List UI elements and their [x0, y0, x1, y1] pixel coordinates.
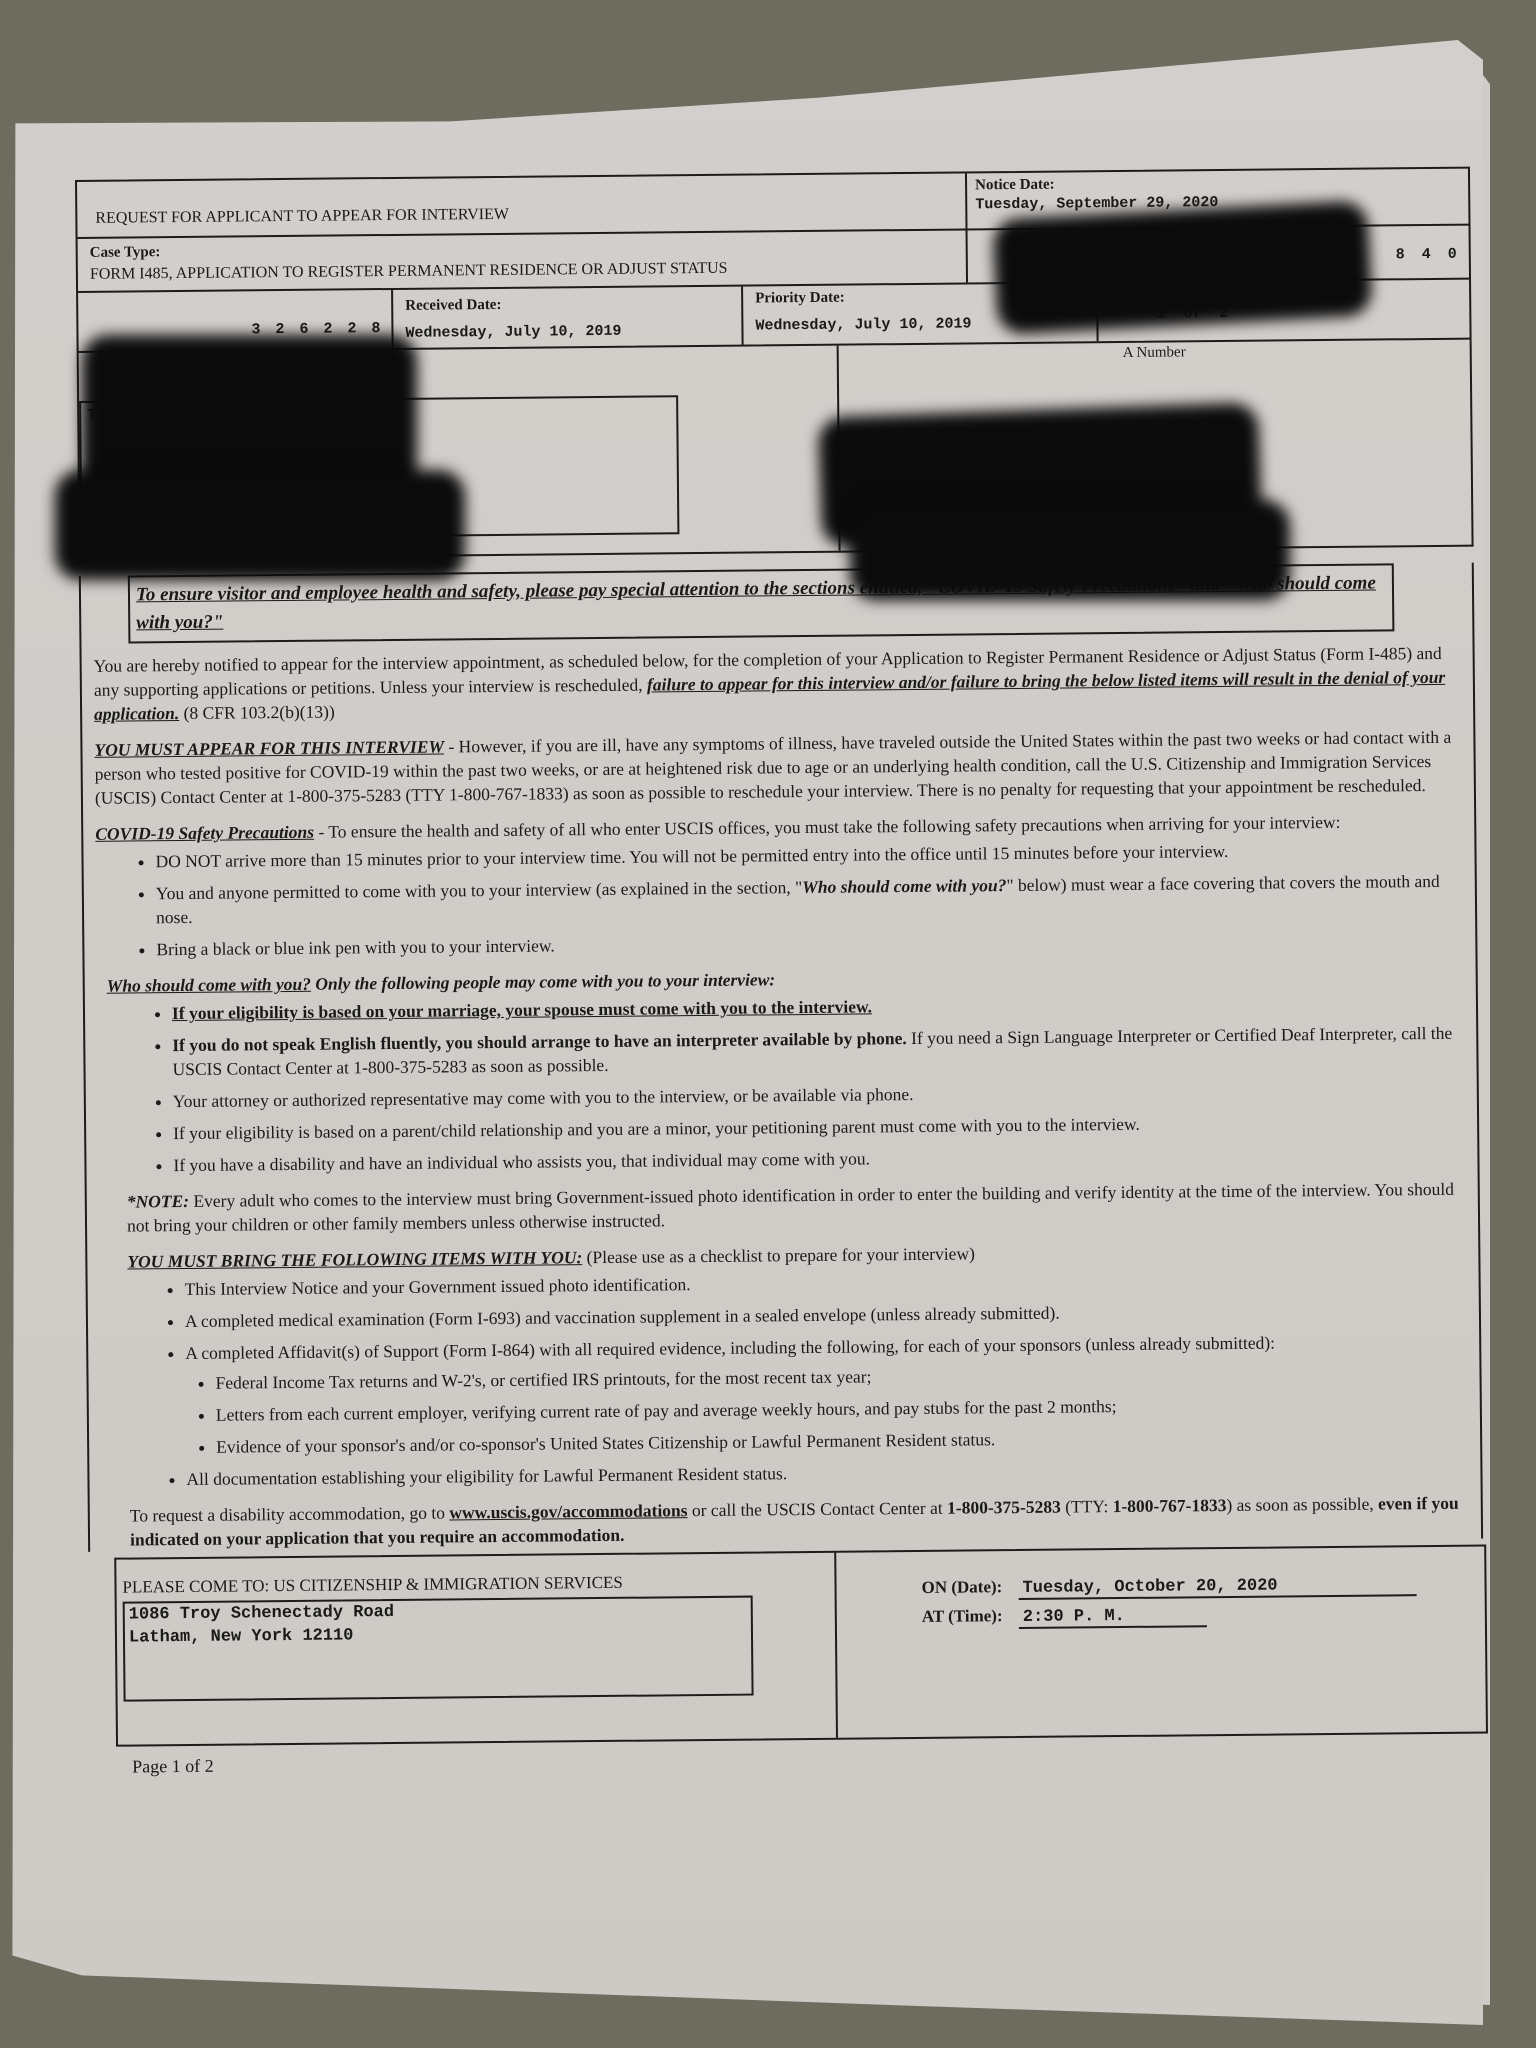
appointment-date-label: ON (Date): [921, 1577, 1002, 1597]
who-list: If your eligibility is based on your mar… [97, 989, 1460, 1178]
received-date-label: Received Date: [405, 295, 729, 315]
must-appear-heading: YOU MUST APPEAR FOR THIS INTERVIEW [94, 736, 444, 759]
list-item: Your attorney or authorized representati… [173, 1077, 1459, 1113]
tty-phone: 1-800-767-1833 [1113, 1495, 1227, 1516]
list-item: You and anyone permitted to come with yo… [156, 869, 1457, 929]
redaction-mark [850, 500, 1290, 600]
note-text: Every adult who comes to the interview m… [127, 1179, 1454, 1236]
appointment-date-row: ON (Date): Tuesday, October 20, 2020 [921, 1573, 1484, 1601]
intro-citation: (8 CFR 103.2(b)(13)) [179, 702, 335, 723]
redaction-mark [55, 470, 465, 580]
bring-subheading: (Please use as a checklist to prepare fo… [582, 1243, 975, 1267]
note-label: *NOTE: [127, 1191, 189, 1212]
office-address-line2: Latham, New York 12110 [129, 1623, 747, 1648]
received-date-value: Wednesday, July 10, 2019 [405, 322, 729, 342]
must-appear-paragraph: YOU MUST APPEAR FOR THIS INTERVIEW - How… [94, 725, 1456, 810]
appointment-time-value: 2:30 P. M. [1019, 1606, 1207, 1629]
covid-heading: COVID-19 Safety Precautions [95, 822, 314, 844]
intro-paragraph: You are hereby notified to appear for th… [94, 641, 1456, 726]
sponsor-evidence-list: Federal Income Tax returns and W-2's, or… [185, 1359, 1462, 1459]
list-item: A completed Affidavit(s) of Support (For… [185, 1329, 1462, 1459]
list-item: If you do not speak English fluently, yo… [172, 1021, 1458, 1081]
list-item: Federal Income Tax returns and W-2's, or… [215, 1359, 1461, 1395]
bring-heading: YOU MUST BRING THE FOLLOWING ITEMS WITH … [127, 1247, 582, 1271]
appointment-time-row: AT (Time): 2:30 P. M. [922, 1602, 1485, 1630]
notice-title: REQUEST FOR APPLICANT TO APPEAR FOR INTE… [95, 206, 509, 227]
list-item: Bring a black or blue ink pen with you t… [156, 925, 1457, 961]
note-paragraph: *NOTE: Every adult who comes to the inte… [99, 1177, 1460, 1238]
come-to-label: PLEASE COME TO: US CITIZENSHIP & IMMIGRA… [122, 1571, 834, 1598]
list-item: A completed medical examination (Form I-… [185, 1297, 1461, 1333]
list-item: If you have a disability and have an ind… [173, 1141, 1459, 1177]
notice-body: To ensure visitor and employee health an… [79, 563, 1483, 1552]
accommodation-paragraph: To request a disability accommodation, g… [102, 1491, 1463, 1552]
list-item: Letters from each current employer, veri… [216, 1391, 1462, 1427]
a-number-label: A Number [839, 342, 1470, 365]
appointment-block: PLEASE COME TO: US CITIZENSHIP & IMMIGRA… [114, 1545, 1488, 1747]
contact-phone: 1-800-375-5283 [947, 1497, 1061, 1518]
who-heading: Who should come with you? [107, 974, 311, 996]
list-item: Evidence of your sponsor's and/or co-spo… [216, 1423, 1462, 1459]
office-address-line1: 1086 Troy Schenectady Road [129, 1600, 747, 1625]
appointment-date-value: Tuesday, October 20, 2020 [1018, 1575, 1416, 1600]
list-item: All documentation establishing your elig… [186, 1455, 1462, 1491]
bring-list: This Interview Notice and your Governmen… [100, 1265, 1463, 1492]
office-address-box: 1086 Troy Schenectady Road Latham, New Y… [123, 1596, 754, 1702]
redaction-mark [992, 200, 1373, 334]
appointment-time-label: AT (Time): [922, 1606, 1003, 1626]
covid-list: DO NOT arrive more than 15 minutes prior… [95, 837, 1457, 962]
notice-date-label: Notice Date: [975, 173, 1460, 195]
list-item: If your eligibility is based on a parent… [173, 1109, 1459, 1145]
case-type-value: FORM I485, APPLICATION TO REGISTER PERMA… [90, 258, 954, 284]
accommodations-link[interactable]: www.uscis.gov/accommodations [449, 1500, 687, 1522]
covid-text: - To ensure the health and safety of all… [314, 812, 1341, 842]
who-subheading: Only the following people may come with … [311, 969, 775, 993]
